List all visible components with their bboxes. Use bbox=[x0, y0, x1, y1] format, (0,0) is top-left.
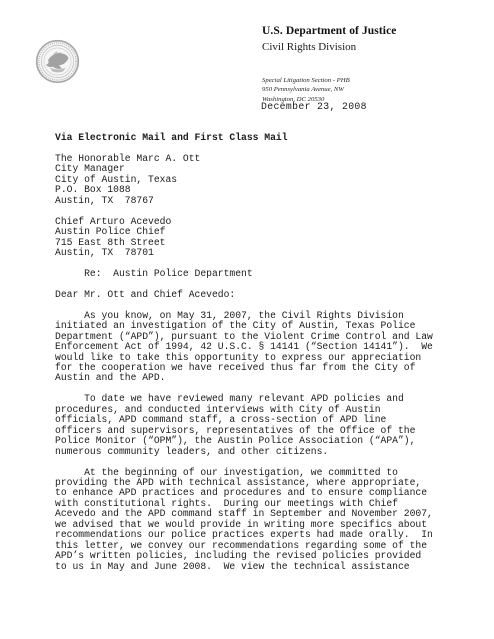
office-address-line: 950 Pennsylvania Avenue, NW bbox=[262, 85, 350, 94]
delivery-method-line: Via Electronic Mail and First Class Mail bbox=[55, 133, 433, 143]
office-address-line: Special Litigation Section - PHB bbox=[262, 76, 350, 85]
letter-text: The Honorable Marc A. Ott City Manager C… bbox=[55, 143, 433, 572]
agency-title: U.S. Department of Justice bbox=[262, 25, 397, 37]
division-title: Civil Rights Division bbox=[262, 41, 356, 53]
letter-date: December 23, 2008 bbox=[261, 101, 367, 112]
letter-body: Via Electronic Mail and First Class Mail… bbox=[55, 133, 433, 572]
letter-page: U.S. Department of Justice Civil Rights … bbox=[0, 0, 494, 639]
office-address: Special Litigation Section - PHB 950 Pen… bbox=[262, 76, 350, 104]
doj-seal-icon bbox=[35, 39, 80, 84]
